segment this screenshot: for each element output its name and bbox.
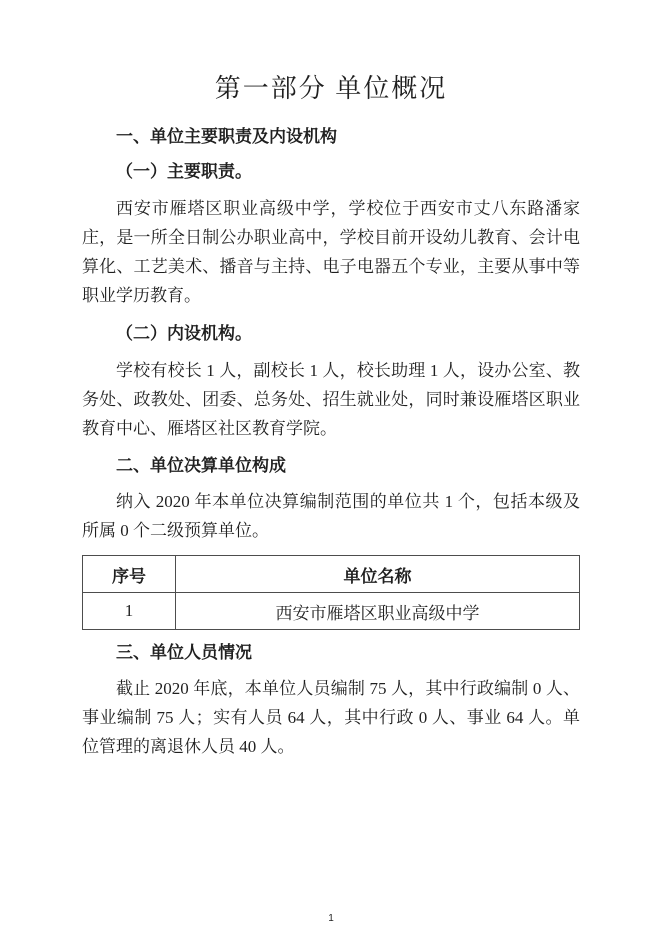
- page-number: 1: [0, 913, 662, 924]
- table-header-row: 序号 单位名称: [83, 556, 580, 593]
- table-header-unit-name: 单位名称: [176, 556, 580, 593]
- table-row: 1 西安市雁塔区职业高级中学: [83, 593, 580, 630]
- document-title: 第一部分 单位概况: [82, 70, 580, 108]
- document-page: 第一部分 单位概况 一、单位主要职责及内设机构 （一）主要职责。 西安市雁塔区职…: [0, 0, 662, 936]
- budget-units-table: 序号 单位名称 1 西安市雁塔区职业高级中学: [82, 555, 580, 630]
- subsection-heading-internal-org: （二）内设机构。: [82, 322, 580, 346]
- table-header-index: 序号: [83, 556, 176, 593]
- table-cell-unit-name: 西安市雁塔区职业高级中学: [176, 593, 580, 630]
- paragraph-main-duties: 西安市雁塔区职业高级中学，学校位于西安市丈八东路潘家庄，是一所全日制公办职业高中…: [82, 194, 580, 310]
- section-heading-staff: 三、单位人员情况: [82, 642, 580, 664]
- paragraph-staff: 截止 2020 年底，本单位人员编制 75 人，其中行政编制 0 人、事业编制 …: [82, 674, 580, 761]
- section-heading-budget-units: 二、单位决算单位构成: [82, 455, 580, 477]
- paragraph-internal-org: 学校有校长 1 人，副校长 1 人，校长助理 1 人，设办公室、教务处、政教处、…: [82, 356, 580, 443]
- section-heading-duties-and-org: 一、单位主要职责及内设机构: [82, 126, 580, 148]
- table-cell-index: 1: [83, 593, 176, 630]
- paragraph-budget-units: 纳入 2020 年本单位决算编制范围的单位共 1 个，包括本级及所属 0 个二级…: [82, 487, 580, 545]
- subsection-heading-main-duties: （一）主要职责。: [82, 160, 580, 184]
